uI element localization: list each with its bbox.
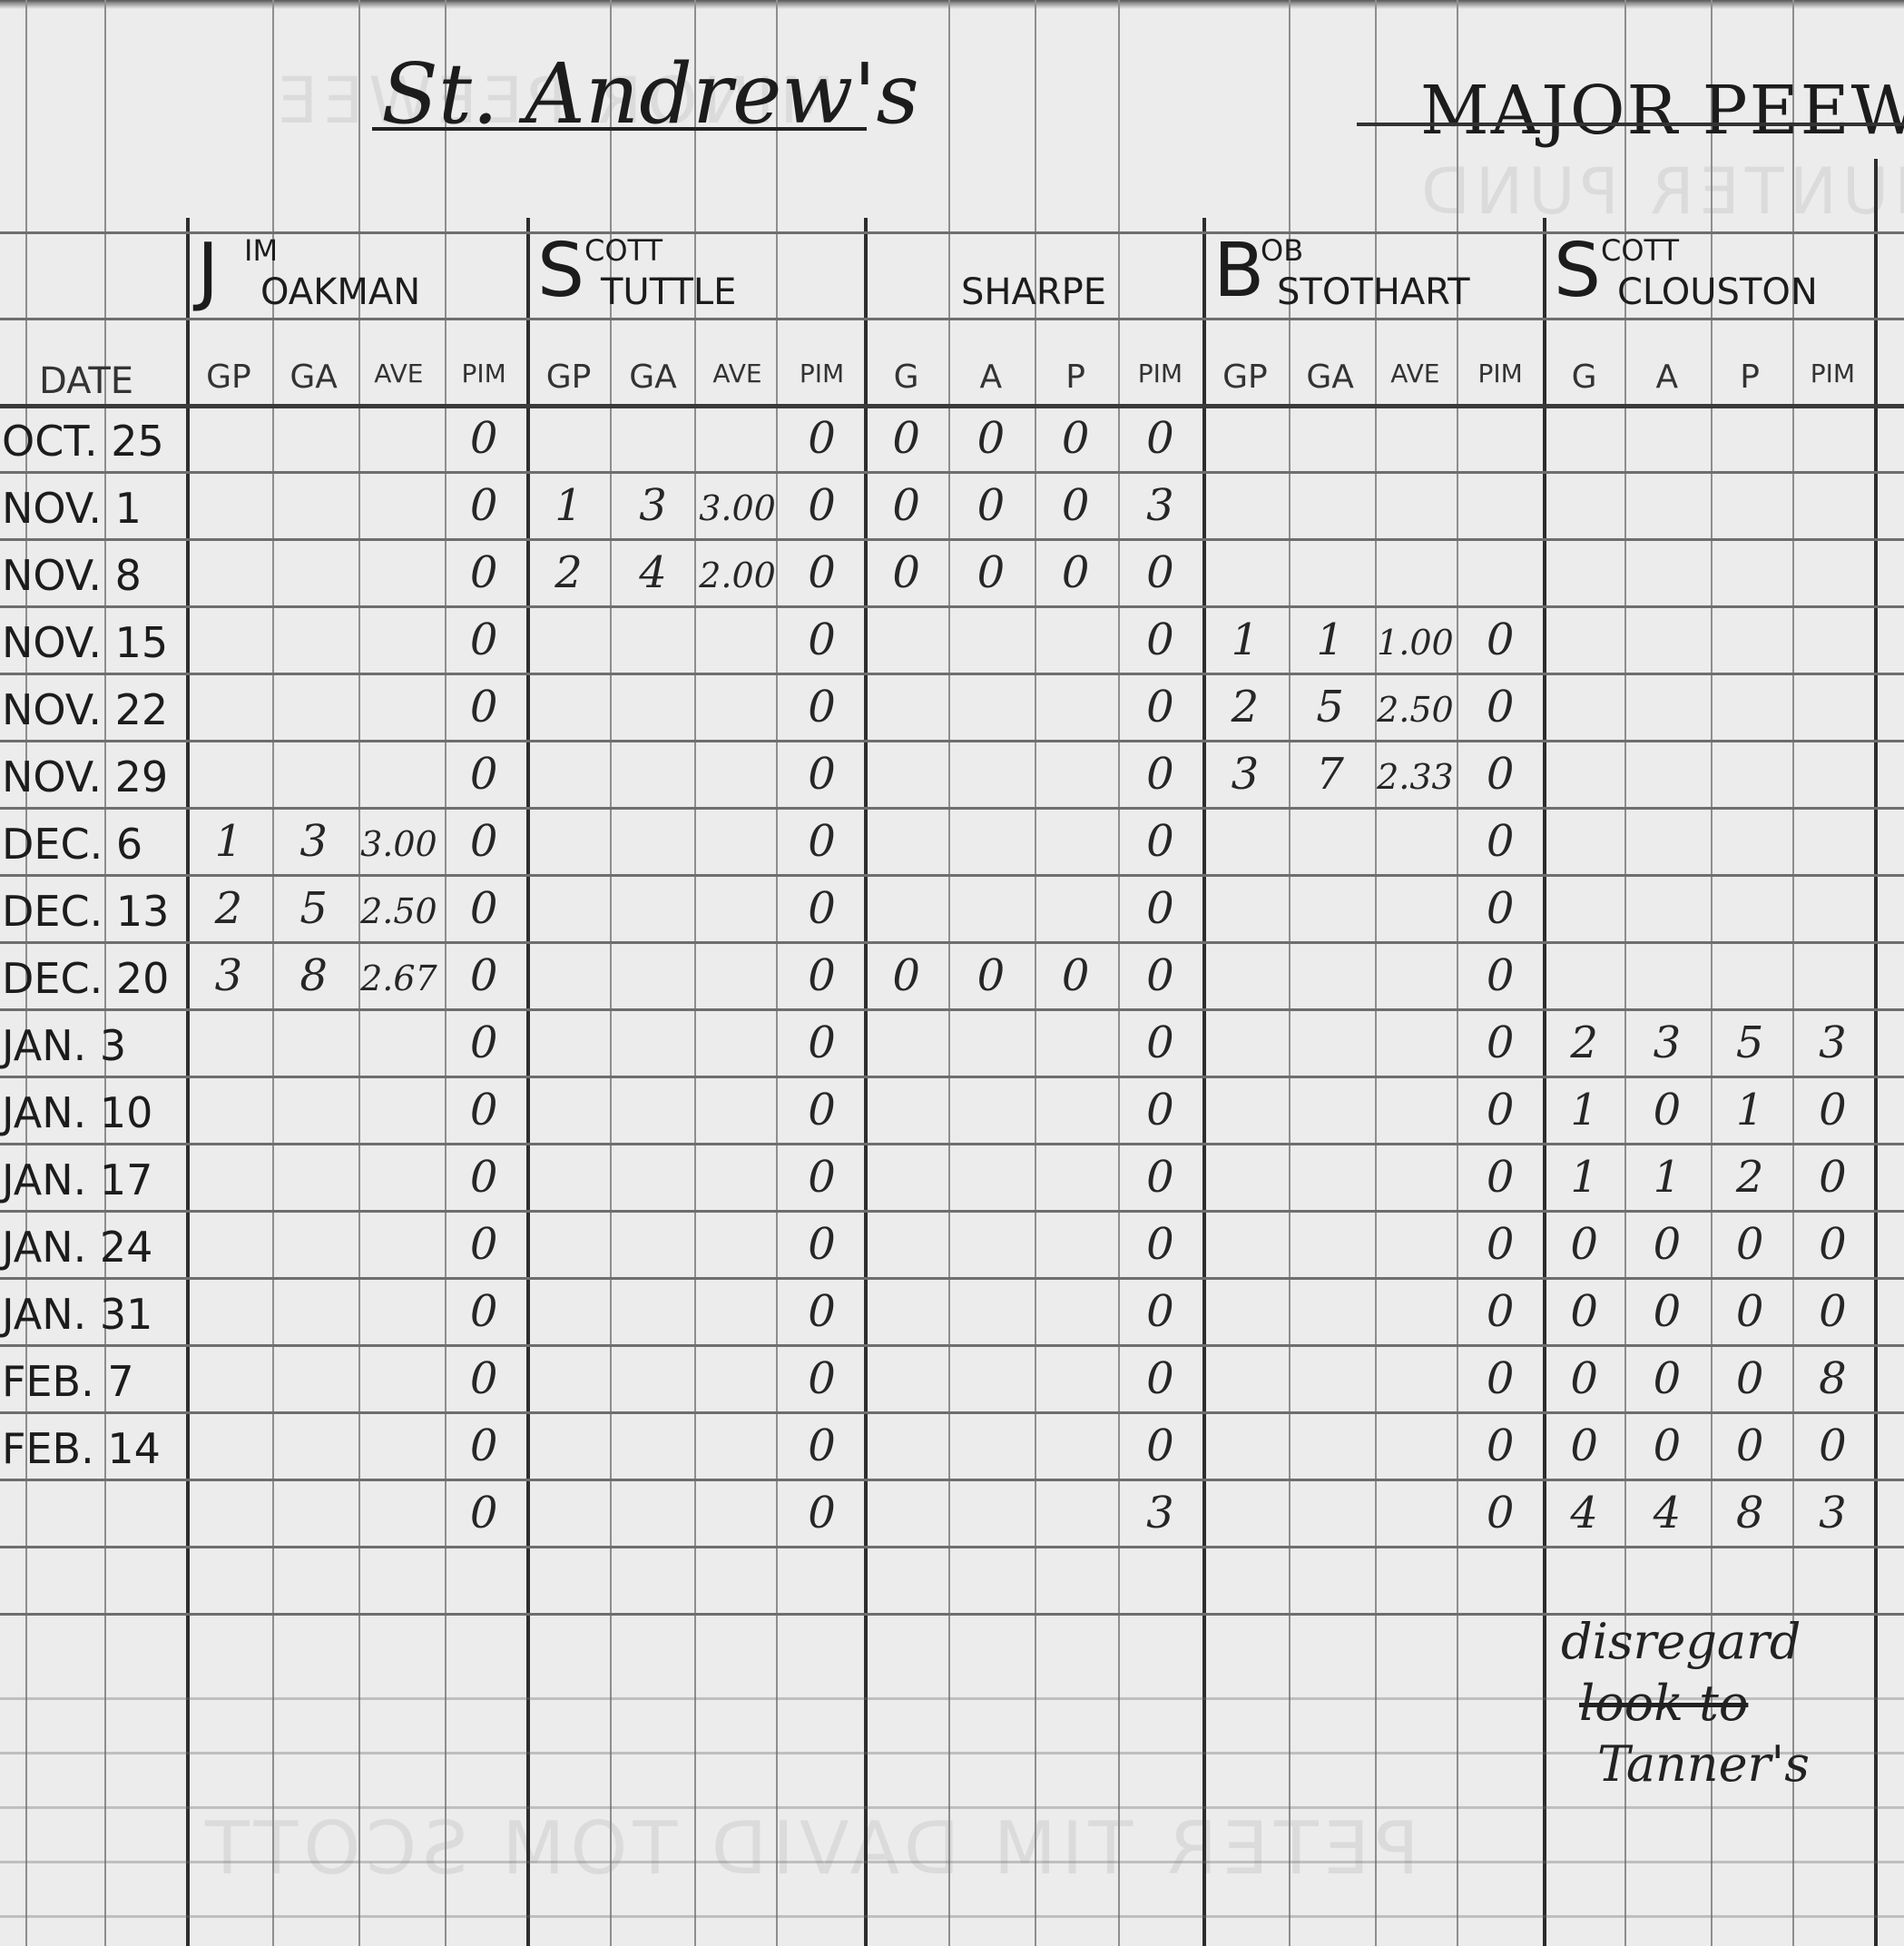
stat-cell: 2 [1544,1021,1625,1065]
grid-line-horizontal [0,1008,1904,1011]
stat-cell: 0 [781,1021,863,1065]
column-header-p: P [1034,361,1118,394]
stat-cell: 0 [1626,1424,1708,1468]
stat-cell: 1 [1204,618,1286,662]
stat-cell: 0 [1626,1290,1708,1333]
row-date: DEC. 13 [2,890,169,932]
stat-cell: 0 [443,551,525,595]
stat-cell: 0 [781,1290,863,1333]
stat-cell: 0 [443,1357,525,1401]
stat-cell: 0 [1119,1424,1201,1468]
stat-cell: 0 [1791,1155,1873,1199]
bleed-through-text: PETER TIM DAVID TOM SCOTT [200,1806,1419,1891]
stat-cell: 0 [1791,1223,1873,1266]
stat-cell: 5 [273,887,355,930]
grid-line-horizontal [0,538,1904,541]
stat-cell: 3.00 [358,827,439,861]
note-line-3: Tanner's [1561,1734,1810,1795]
grid-line-horizontal [0,740,1904,742]
row-date: NOV. 1 [2,487,142,529]
stat-cell: 0 [781,887,863,930]
stat-cell: 0 [866,551,947,595]
stat-cell: 0 [781,1424,863,1468]
grid-line-horizontal [0,605,1904,608]
column-header-ave: AVE [357,361,442,387]
row-date: FEB. 7 [2,1361,134,1402]
stat-cell: 0 [1119,752,1201,796]
stat-cell: 4 [1544,1491,1625,1535]
stat-cell: 1 [188,820,270,863]
stat-cell: 0 [1544,1223,1625,1266]
stat-cell: 2 [1709,1155,1791,1199]
row-date: NOV. 15 [2,622,168,663]
stat-cell: 1 [1290,618,1371,662]
player-first-name: OB [1261,236,1303,265]
player-first-name: IM [244,236,278,265]
column-header-a: A [1625,361,1708,394]
stat-cell: 0 [781,1491,863,1535]
player-initial: J [197,234,219,309]
stat-cell: 0 [1459,954,1541,998]
grid-line-horizontal [0,874,1904,877]
player-last-name: SHARPE [961,274,1106,310]
column-header-pim: PIM [1457,361,1543,387]
note-line-2: look to [1561,1673,1810,1735]
player-header-stothart: BOBSTOTHART [1213,234,1536,316]
stat-cell: 5 [1709,1021,1791,1065]
stat-cell: 0 [781,1088,863,1132]
stat-cell: 0 [781,1155,863,1199]
stat-cell: 2.50 [1374,693,1456,727]
column-header-gp: GP [526,361,611,394]
stat-cell: 0 [1791,1290,1873,1333]
stat-cell: 0 [1119,1088,1201,1132]
margin-note: disregard look to Tanner's [1561,1611,1810,1795]
grid-line-horizontal [0,941,1904,944]
stat-cell: 1 [528,484,610,527]
stat-cell: 0 [1119,820,1201,863]
stat-cell: 0 [1459,1088,1541,1132]
grid-line-horizontal [0,404,1904,408]
stat-cell: 0 [443,484,525,527]
player-initial: B [1213,234,1264,309]
stat-cell: 0 [443,1155,525,1199]
grid-line-horizontal [0,1076,1904,1078]
grid-line-block-divider [1874,159,1878,1946]
stat-cell: 0 [1119,417,1201,460]
scorecard-sheet: MINOR PEEWEE HUNTER PUND PETER TIM DAVID… [0,0,1904,1946]
row-date: FEB. 14 [2,1428,161,1469]
column-header-ave: AVE [1373,361,1458,387]
column-header-a: A [948,361,1033,394]
stat-cell: 1 [1544,1088,1625,1132]
stat-cell: 0 [1035,417,1116,460]
stat-cell: 0 [781,551,863,595]
team-title-underline [372,127,867,131]
row-date: DEC. 20 [2,958,169,999]
player-initial: S [537,234,584,309]
stat-cell: 2.67 [358,961,439,996]
grid-line-horizontal [0,1210,1904,1213]
player-last-name: TUTTLE [601,274,736,310]
stat-cell: 2.00 [697,558,779,593]
stat-cell: 3 [1119,484,1201,527]
stat-cell: 8 [1791,1357,1873,1401]
stat-cell: 0 [443,1290,525,1333]
row-date: JAN. 24 [2,1226,152,1268]
stat-cell: 0 [1459,1223,1541,1266]
column-header-ave: AVE [695,361,780,387]
player-initial: S [1554,234,1601,309]
stat-cell: 0 [1791,1088,1873,1132]
stat-cell: 0 [443,954,525,998]
stat-cell: 0 [443,685,525,729]
grid-line-horizontal [0,1546,1904,1548]
stat-cell: 0 [1626,1223,1708,1266]
stat-cell: 0 [781,752,863,796]
grid-line-horizontal [0,807,1904,810]
stat-cell: 4 [1626,1491,1708,1535]
stat-cell: 0 [1035,954,1116,998]
column-header-p: P [1709,361,1791,394]
row-date: DEC. 6 [2,823,142,865]
stat-cell: 0 [1459,618,1541,662]
column-header-g: G [864,361,948,394]
bleed-through-text: HUNTER PUND [1416,154,1904,229]
division-title-underline [1357,123,1904,126]
scan-edge [0,0,1904,9]
stat-cell: 0 [1119,1290,1201,1333]
stat-cell: 0 [1459,820,1541,863]
column-header-g: G [1543,361,1625,394]
grid-line-block-divider [1202,218,1206,1946]
grid-line-block-divider [526,218,530,1946]
row-date: JAN. 17 [2,1159,152,1201]
player-first-name: COTT [584,236,662,265]
player-header-sharpe: SHARPE [875,234,1195,316]
stat-cell: 0 [443,1223,525,1266]
stat-cell: 0 [1119,618,1201,662]
row-date: NOV. 8 [2,555,142,596]
stat-cell: 7 [1290,752,1371,796]
stat-cell: 0 [443,1088,525,1132]
player-header-tuttle: SCOTTTUTTLE [537,234,857,316]
grid-line-block-divider [864,218,868,1946]
stat-cell: 0 [866,417,947,460]
stat-cell: 0 [1459,1290,1541,1333]
stat-cell: 3 [1204,752,1286,796]
stat-cell: 0 [1544,1290,1625,1333]
stat-cell: 0 [866,954,947,998]
stat-cell: 0 [1626,1088,1708,1132]
stat-cell: 0 [781,1223,863,1266]
player-header-clouston: SCOTTCLOUSTON [1554,234,1867,316]
row-date: NOV. 29 [2,756,168,798]
stat-cell: 1 [1626,1155,1708,1199]
stat-cell: 2.50 [358,894,439,929]
grid-line-horizontal [0,1143,1904,1145]
stat-cell: 1 [1544,1155,1625,1199]
stat-cell: 0 [1119,1155,1201,1199]
row-date: NOV. 22 [2,689,168,731]
column-header-ga: GA [611,361,695,394]
grid-line-horizontal [0,1479,1904,1481]
team-title: St. Andrew's [381,53,919,136]
stat-cell: 0 [1544,1424,1625,1468]
stat-cell: 0 [443,752,525,796]
stat-cell: 0 [443,1491,525,1535]
stat-cell: 0 [1459,685,1541,729]
player-first-name: COTT [1601,236,1679,265]
stat-cell: 2 [1204,685,1286,729]
stat-cell: 0 [1459,1491,1541,1535]
stat-cell: 8 [1709,1491,1791,1535]
stat-cell: 3 [1626,1021,1708,1065]
stat-cell: 0 [950,417,1032,460]
grid-line-horizontal [0,1277,1904,1280]
grid-line-block-divider [1543,218,1546,1946]
stat-cell: 0 [950,954,1032,998]
stat-cell: 1 [1709,1088,1791,1132]
stat-cell: 0 [443,417,525,460]
row-date: JAN. 31 [2,1293,152,1335]
stat-cell: 0 [1459,1155,1541,1199]
row-date: JAN. 3 [2,1025,126,1066]
stat-cell: 0 [443,820,525,863]
stat-cell: 2.33 [1374,760,1456,794]
stat-cell: 0 [781,820,863,863]
stat-cell: 0 [1119,1357,1201,1401]
stat-cell: 0 [781,618,863,662]
stat-cell: 3.00 [697,491,779,526]
grid-line-horizontal [0,1411,1904,1414]
stat-cell: 0 [1709,1223,1791,1266]
stat-cell: 0 [781,417,863,460]
stat-cell: 2 [188,887,270,930]
grid-line-horizontal [0,471,1904,474]
grid-line-horizontal [0,1915,1904,1918]
stat-cell: 3 [1791,1491,1873,1535]
stat-cell: 4 [613,551,694,595]
stat-cell: 2 [528,551,610,595]
stat-cell: 0 [1544,1357,1625,1401]
stat-cell: 0 [1119,1021,1201,1065]
stat-cell: 0 [1119,551,1201,595]
stat-cell: 1.00 [1374,625,1456,660]
row-date: OCT. 25 [2,420,164,462]
stat-cell: 0 [1626,1357,1708,1401]
stat-cell: 0 [781,484,863,527]
stat-cell: 0 [1119,1223,1201,1266]
stat-cell: 0 [443,1424,525,1468]
column-header-pim: PIM [780,361,864,387]
stat-cell: 0 [781,954,863,998]
stat-cell: 3 [1119,1491,1201,1535]
column-header-gp: GP [186,361,271,394]
stat-cell: 0 [1459,1357,1541,1401]
date-column-header: DATE [0,363,172,399]
column-header-gp: GP [1202,361,1288,394]
stat-cell: 8 [273,954,355,998]
grid-line-block-divider [186,218,190,1946]
stat-cell: 0 [1035,551,1116,595]
stat-cell: 3 [188,954,270,998]
stat-cell: 0 [1791,1424,1873,1468]
stat-cell: 0 [443,618,525,662]
grid-line-horizontal [0,1806,1904,1809]
stat-cell: 3 [1791,1021,1873,1065]
stat-cell: 0 [1709,1424,1791,1468]
stat-cell: 0 [950,551,1032,595]
grid-line-horizontal [0,1344,1904,1347]
stat-cell: 0 [1035,484,1116,527]
stat-cell: 0 [1459,887,1541,930]
stat-cell: 3 [273,820,355,863]
stat-cell: 0 [443,1021,525,1065]
stat-cell: 0 [1709,1357,1791,1401]
grid-line-horizontal [0,673,1904,675]
column-header-ga: GA [271,361,357,394]
column-header-pim: PIM [1791,361,1874,387]
row-date: JAN. 10 [2,1092,152,1134]
player-header-oakman: JIMOAKMAN [197,234,519,316]
division-title: MAJOR PEEW [1420,77,1904,144]
stat-cell: 0 [1459,1021,1541,1065]
player-last-name: OAKMAN [260,274,420,310]
stat-cell: 0 [866,484,947,527]
player-last-name: CLOUSTON [1617,274,1818,310]
grid-line-horizontal [0,318,1904,320]
stat-cell: 0 [1119,887,1201,930]
stat-cell: 0 [443,887,525,930]
stat-cell: 0 [1119,954,1201,998]
stat-cell: 0 [781,685,863,729]
column-header-pim: PIM [441,361,526,387]
stat-cell: 0 [1459,1424,1541,1468]
column-header-ga: GA [1288,361,1373,394]
grid-line-horizontal [0,1861,1904,1863]
stat-cell: 0 [1119,685,1201,729]
stat-cell: 5 [1290,685,1371,729]
stat-cell: 3 [613,484,694,527]
column-header-pim: PIM [1118,361,1202,387]
player-last-name: STOTHART [1277,274,1470,310]
note-line-1: disregard [1561,1611,1810,1673]
stat-cell: 0 [781,1357,863,1401]
stat-cell: 0 [950,484,1032,527]
stat-cell: 0 [1459,752,1541,796]
stat-cell: 0 [1709,1290,1791,1333]
